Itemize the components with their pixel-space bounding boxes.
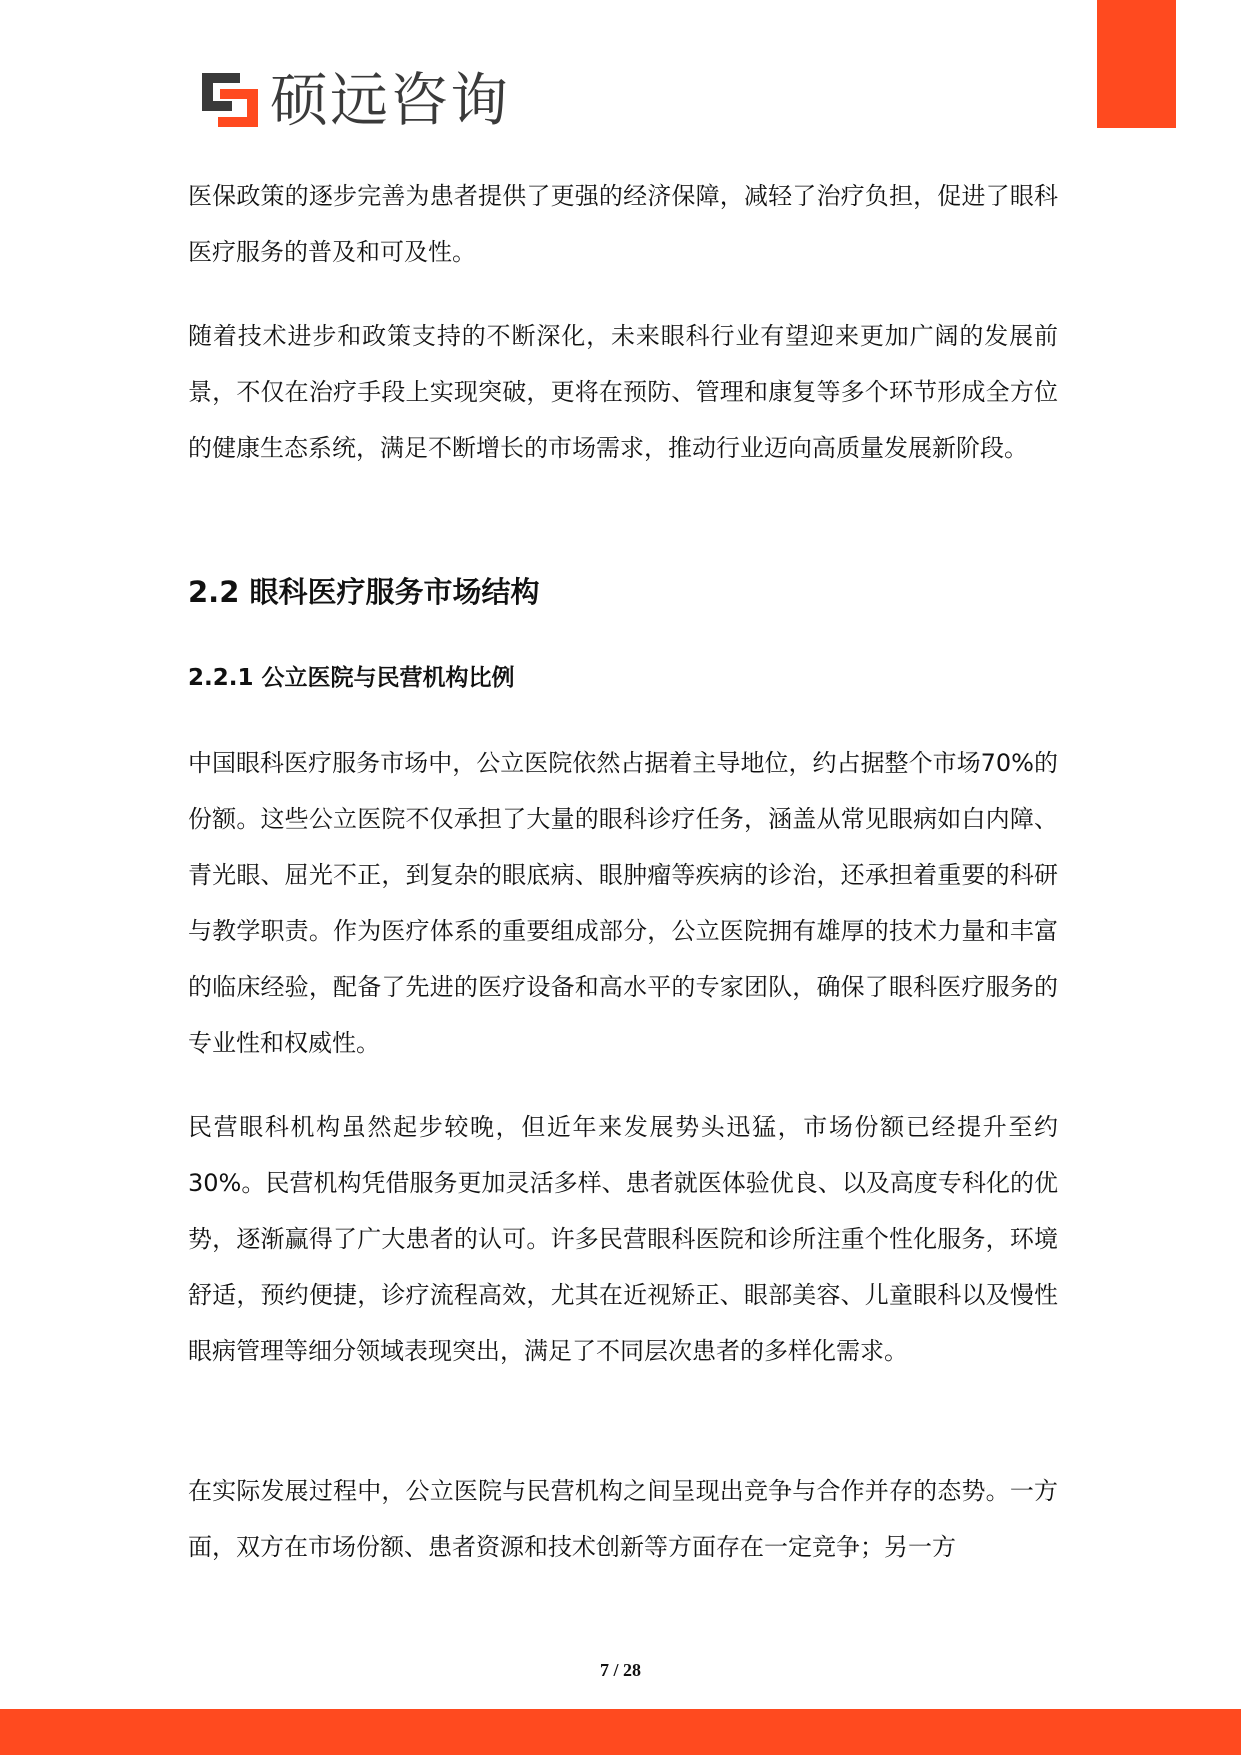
subsection-heading: 2.2.1 公立医院与民营机构比例 — [188, 662, 515, 694]
paragraph-future-outlook: 随着技术进步和政策支持的不断深化，未来眼科行业有望迎来更加广阔的发展前景，不仅在… — [188, 308, 1058, 476]
logo-text: 硕远咨询 — [270, 70, 510, 130]
paragraph-competition-cooperation: 在实际发展过程中，公立医院与民营机构之间呈现出竞争与合作并存的态势。一方面，双方… — [188, 1463, 1058, 1575]
company-logo: 硕远咨询 — [202, 70, 510, 130]
paragraph-private-institutions: 民营眼科机构虽然起步较晚，但近年来发展势头迅猛，市场份额已经提升至约30%。民营… — [188, 1099, 1058, 1379]
paragraph-public-hospitals: 中国眼科医疗服务市场中，公立医院依然占据着主导地位，约占据整个市场70%的份额。… — [188, 735, 1058, 1071]
top-accent-bar — [1097, 0, 1176, 128]
paragraph-healthcare-policy: 医保政策的逐步完善为患者提供了更强的经济保障，减轻了治疗负担，促进了眼科医疗服务… — [188, 168, 1058, 280]
logo-mark-icon — [202, 73, 258, 127]
bottom-accent-bar — [0, 1709, 1241, 1755]
page-number: 7 / 28 — [0, 1660, 1241, 1681]
section-heading: 2.2 眼科医疗服务市场结构 — [188, 572, 539, 612]
